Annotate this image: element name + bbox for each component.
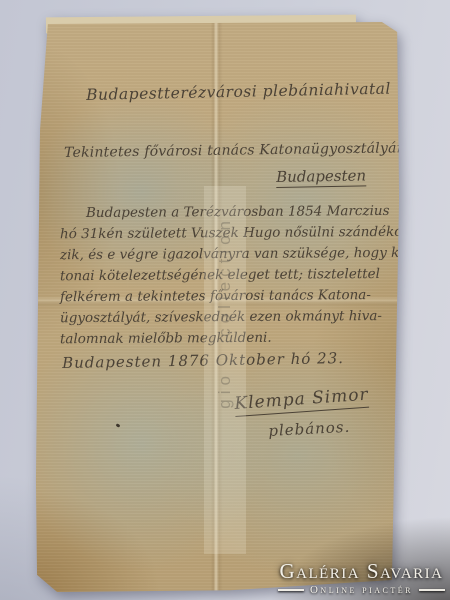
letter-header: Budapestterézvárosi plebániahivatal: [86, 82, 391, 104]
signature-name: Klempa Simor: [234, 387, 369, 417]
addressee-line: Tekintetes fővárosi tanács Katonaügyoszt…: [64, 141, 423, 160]
watermark-dash-left: [278, 589, 304, 591]
watermark-dash-right: [419, 589, 445, 591]
gallery-watermark-subtitle-row: Online piactér: [278, 584, 445, 596]
gallery-watermark: Galéria Savaria Online piactér: [278, 561, 445, 596]
gallery-watermark-title: Galéria Savaria: [278, 561, 445, 582]
ink-speck: [116, 423, 121, 428]
vertical-watermark-fragment: gio: [215, 371, 235, 409]
gallery-watermark-subtitle: Online piactér: [310, 584, 413, 596]
photo-canvas: Budapestterézvárosi plebániahivatal Teki…: [0, 0, 450, 600]
signature-title: plebános.: [268, 420, 351, 439]
vertical-watermark-text: collection: [215, 216, 235, 337]
addressee-city: Budapesten: [276, 168, 366, 188]
